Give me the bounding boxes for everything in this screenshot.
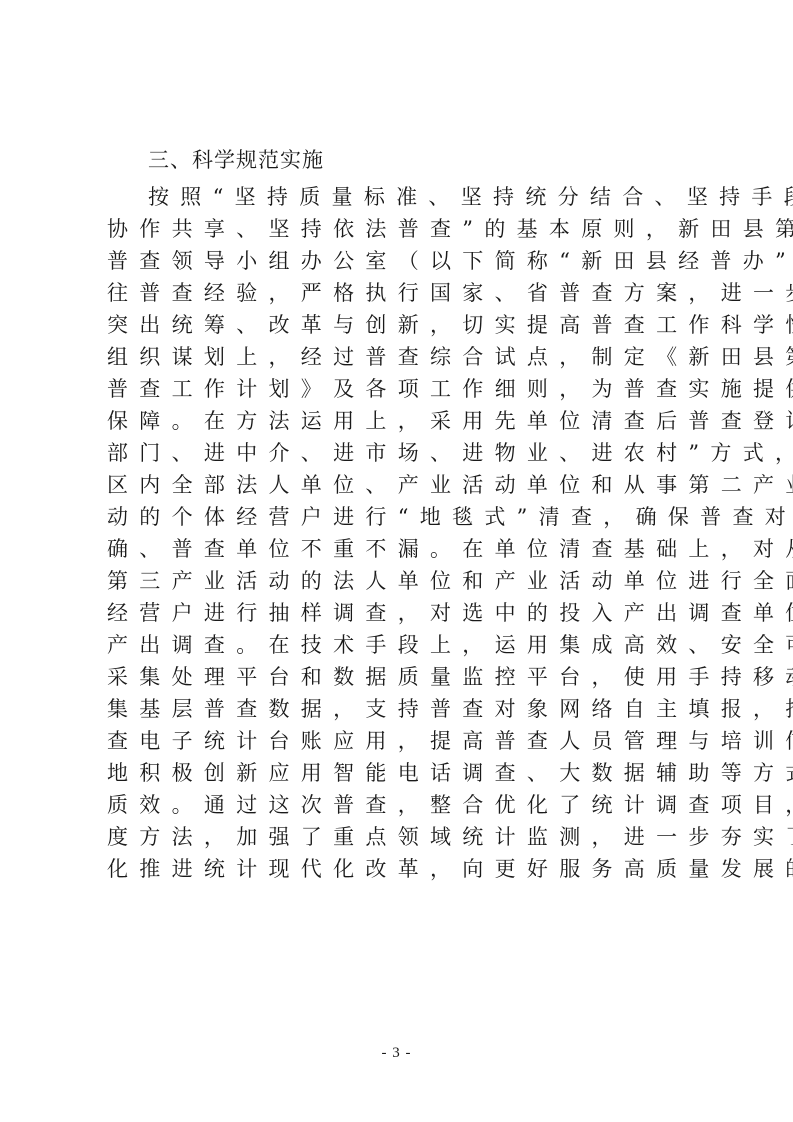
paragraph-line: 地积极创新应用智能电话调查、大数据辅助等方式提高普查工作	[107, 757, 697, 789]
paragraph-line: 确、普查单位不重不漏。在单位清查基础上，对从事第二产业、	[107, 533, 697, 565]
paragraph-line: 经营户进行抽样调查，对选中的投入产出调查单位同步开展投入	[107, 597, 697, 629]
paragraph-line: 查电子统计台账应用，提高普查人员管理与培训信息化水平。各	[107, 725, 697, 757]
paragraph-line: 组织谋划上，经过普查综合试点，制定《新田县第五次全国经济	[107, 341, 697, 373]
page-number: - 3 -	[0, 1045, 793, 1062]
paragraph-line: 保障。在方法运用上，采用先单位清查后普查登记方式，运用“进	[107, 405, 697, 437]
paragraph-line: 第三产业活动的法人单位和产业活动单位进行全面调查，对个体	[107, 565, 697, 597]
paragraph-line: 区内全部法人单位、产业活动单位和从事第二产业、第三产业活	[107, 469, 697, 501]
paragraph-line: 采集处理平台和数据质量监控平台，使用手持移动终端小程序采	[107, 661, 697, 693]
paragraph-line: 往普查经验，严格执行国家、省普查方案，进一步优化方式方法，	[107, 277, 697, 309]
paragraph-line: 按照“坚持质量标准、坚持统分结合、坚持手段创新、坚持	[107, 181, 697, 213]
paragraph-line: 度方法，加强了重点领域统计监测，进一步夯实了统计基础，深	[107, 821, 697, 853]
paragraph-line: 产出调查。在技术手段上，运用集成高效、安全可靠的普查数据	[107, 629, 697, 661]
paragraph-line: 集基层普查数据，支持普查对象网络自主填报，推进投入产出调	[107, 693, 697, 725]
paragraph-line: 普查领导小组办公室（以下简称“新田县经普办”）深入总结以	[107, 245, 697, 277]
paragraph-line: 部门、进中介、进市场、进物业、进农村”方式，通过对我县辖	[107, 437, 697, 469]
paragraph-line: 普查工作计划》及各项工作细则，为普查实施提供全方位的制度	[107, 373, 697, 405]
section-heading: 三、科学规范实施	[148, 146, 324, 174]
paragraph-line: 质效。通过这次普查，整合优化了统计调查项目，改进了统计制	[107, 789, 697, 821]
paragraph-line: 动的个体经营户进行“地毯式”清查，确保普查对象类型界定准	[107, 501, 697, 533]
paragraph-line: 协作共享、坚持依法普查”的基本原则，新田县第五次全国经济	[107, 213, 697, 245]
paragraph-line: 突出统筹、改革与创新，切实提高普查工作科学性、规范性。在	[107, 309, 697, 341]
body-paragraph: 按照“坚持质量标准、坚持统分结合、坚持手段创新、坚持 协作共享、坚持依法普查”的…	[107, 181, 697, 885]
paragraph-line: 化推进统计现代化改革，向更好服务高质量发展的统计工作目标	[107, 853, 697, 885]
document-page: 三、科学规范实施 按照“坚持质量标准、坚持统分结合、坚持手段创新、坚持 协作共享…	[0, 0, 793, 1122]
